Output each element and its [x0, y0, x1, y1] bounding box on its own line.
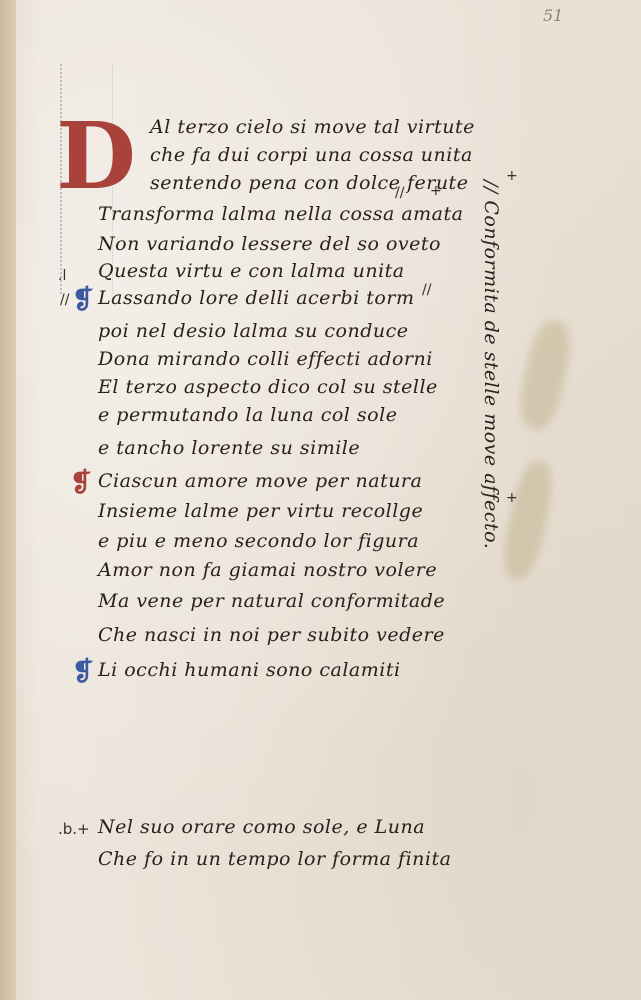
paragraph-mark-red: ❡ [70, 470, 92, 496]
water-stain [514, 317, 576, 433]
verse-line: Insieme lalme per virtu recollge [98, 500, 423, 522]
verse-line: che fa dui corpi una cossa unita [150, 144, 473, 166]
verse-line: Lassando lore delli acerbi torm [98, 287, 414, 309]
paragraph-mark-blue: ❡ [72, 659, 94, 685]
verse-line: poi nel desio lalma su conduce [98, 320, 409, 342]
illuminated-initial: D [52, 112, 140, 200]
verse-line: e tancho lorente su simile [98, 437, 360, 459]
verse-line: Transforma lalma nella cossa amata [98, 203, 463, 225]
verse-line: Nel suo orare como sole, e Luna [98, 816, 425, 838]
manuscript-page: 51 D Al terzo cielo si move tal virtute … [0, 0, 641, 1000]
cross-mark: + [430, 183, 442, 199]
double-slash-mark: // [422, 282, 431, 298]
verse-line: e permutando la luna col sole [98, 404, 397, 426]
double-slash-mark: // [60, 292, 69, 308]
water-stain [498, 458, 558, 583]
verse-line: sentendo pena con dolce ferute [150, 172, 468, 194]
page-gutter [0, 0, 16, 1000]
verse-line: Ma vene per natural conformitade [98, 590, 445, 612]
cross-mark: + [506, 490, 518, 506]
verse-line: Non variando lessere del so oveto [98, 233, 441, 255]
verse-line: Ciascun amore move per natura [98, 470, 422, 492]
verse-line: Che fo in un tempo lor forma finita [98, 848, 451, 870]
verse-line: Questa virtu e con lalma unita [98, 260, 405, 282]
verse-line: e piu e meno secondo lor figura [98, 530, 419, 552]
verse-line: Al terzo cielo si move tal virtute [150, 116, 475, 138]
verse-line: Amor non fa giamai nostro volere [98, 559, 437, 581]
margin-marker: .b.+ [58, 820, 90, 838]
paragraph-mark-blue: ❡ [72, 287, 94, 313]
verse-line: Dona mirando colli effecti adorni [98, 348, 433, 370]
verse-line: El terzo aspecto dico col su stelle [98, 376, 438, 398]
folio-number: 51 [543, 6, 563, 25]
marginal-note: // Conformita de stelle move affecto. [480, 180, 502, 549]
verse-line: Che nasci in noi per subito vedere [98, 624, 445, 646]
verse-line: Li occhi humani sono calamiti [98, 659, 401, 681]
double-slash-mark: // [395, 185, 404, 201]
margin-marker: .l [58, 268, 66, 284]
cross-mark: + [506, 168, 518, 184]
